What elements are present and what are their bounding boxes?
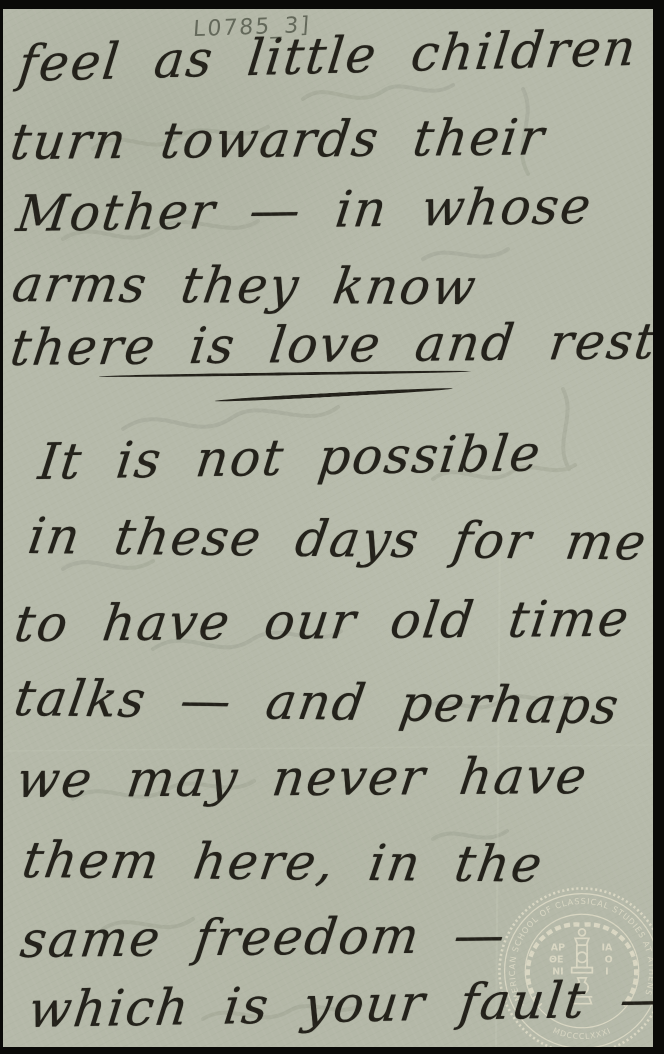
paragraph-divider-stroke bbox=[215, 387, 453, 403]
scanned-letter-page: { "document": { "kind": "handwritten let… bbox=[0, 0, 664, 1054]
handwriting-line: to have our old time bbox=[11, 590, 634, 653]
seal-letters: ΙΑ bbox=[602, 942, 614, 953]
handwriting-line: them here, in the bbox=[19, 831, 548, 893]
letter-paper: AMERICAN SCHOOL OF CLASSICAL STUDIES AT … bbox=[3, 9, 653, 1047]
handwriting-line: we may never have bbox=[13, 747, 592, 809]
handwriting-line: which is your fault — bbox=[25, 970, 653, 1039]
handwriting-line: in these days for me bbox=[25, 507, 652, 571]
handwriting-line: arms they know bbox=[9, 255, 482, 316]
seal-letters: Ο bbox=[605, 954, 613, 965]
seal-letters: ΑΡ bbox=[551, 942, 565, 953]
handwriting-line: talks — and perhaps bbox=[11, 669, 625, 735]
handwriting-line: there is love and rest — bbox=[7, 311, 653, 377]
handwriting-line: It is not possible bbox=[35, 424, 545, 491]
handwriting-line: same freedom — bbox=[17, 906, 510, 969]
seal-letters: ΘΕ bbox=[549, 954, 564, 965]
handwriting-line: feel as little children bbox=[16, 19, 641, 93]
handwriting-line: Mother — in whose bbox=[13, 177, 596, 243]
handwriting-line: turn towards their bbox=[7, 108, 549, 171]
